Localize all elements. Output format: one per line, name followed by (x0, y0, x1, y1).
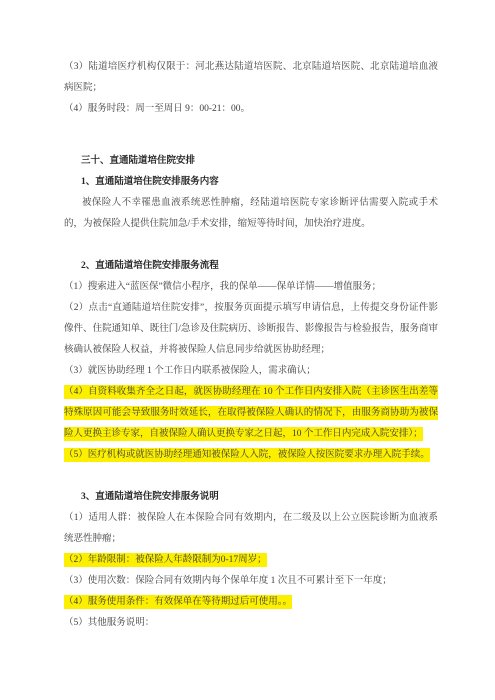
intro-paragraph-4: （4）服务时段：周一至周日 9：00-21：00。 (64, 99, 438, 120)
subsection-3-title: 3、直通陆道培住院安排服务说明 (64, 487, 438, 508)
subsection-1-paragraph-1-text: 被保险人不幸罹患血液系统恶性肿瘤，经陆道培医院专家诊断评估需要入院或手术的，为被… (64, 198, 438, 229)
subsection-2-paragraph-2-text: （2）点击“直通陆道培住院安排”，按服务页面提示填写申请信息，上传提交身份证件影… (64, 303, 438, 355)
intro-paragraph-4-text: （4）服务时段：周一至周日 9：00-21：00。 (64, 104, 250, 114)
subsection-2-paragraph-4: （4）自资料收集齐全之日起，就医协助经理在 10 个工作日内安排入院（主诊医生出… (64, 382, 438, 445)
subsection-2-paragraph-1-text: （1）搜索进入“蓝医保”微信小程序，我的保单——保单详情——增值服务； (64, 282, 381, 292)
subsection-3-paragraph-1: （1）适用人群：被保险人在本保险合同有效期内，在二级及以上公立医院诊断为血液系统… (64, 508, 438, 550)
subsection-3-paragraph-2: （2）年龄限制：被保险人年龄限制为0-17周岁； (64, 550, 438, 571)
subsection-2-paragraph-4-text: （4）自资料收集齐全之日起，就医协助经理在 10 个工作日内安排入院（主诊医生出… (64, 385, 438, 441)
subsection-2-title: 2、直通陆道培住院安排服务流程 (64, 256, 438, 277)
section-title: 三十、直通陆道培住院安排 (64, 151, 438, 172)
subsection-2-paragraph-3: （3）就医协助经理 1 个工作日内联系被保险人，需求确认； (64, 361, 438, 382)
document-page: （3）陆道培医疗机构仅限于：河北燕达陆道培医院、北京陆道培医院、北京陆道培血液病… (0, 0, 495, 700)
subsection-3-paragraph-2-text: （2）年龄限制：被保险人年龄限制为0-17周岁； (64, 553, 267, 567)
subsection-3-paragraph-4-text: （4）服务使用条件：有效保单在等待期过后可使用。。 (64, 595, 292, 609)
subsection-2-paragraph-3-text: （3）就医协助经理 1 个工作日内联系被保险人，需求确认； (64, 366, 316, 376)
subsection-2-paragraph-5: （5）医疗机构或就医协助经理通知被保险人入院，被保险人按医院要求办理入院手续。 (64, 445, 438, 466)
subsection-3-paragraph-4: （4）服务使用条件：有效保单在等待期过后可使用。。 (64, 592, 438, 613)
subsection-3-paragraph-3: （3）使用次数：保险合同有效期内每个保单年度 1 次且不可累计至下一年度； (64, 571, 438, 592)
subsection-1-title: 1、直通陆道培住院安排服务内容 (64, 172, 438, 193)
subsection-1-paragraph-1: 被保险人不幸罹患血液系统恶性肿瘤，经陆道培医院专家诊断评估需要入院或手术的，为被… (64, 193, 438, 235)
subsection-3-paragraph-5-text: （5）其他服务说明： (64, 618, 154, 628)
intro-paragraph-3: （3）陆道培医疗机构仅限于：河北燕达陆道培医院、北京陆道培医院、北京陆道培血液病… (64, 57, 438, 99)
subsection-2-paragraph-2: （2）点击“直通陆道培住院安排”，按服务页面提示填写申请信息，上传提交身份证件影… (64, 298, 438, 361)
subsection-3-paragraph-3-text: （3）使用次数：保险合同有效期内每个保单年度 1 次且不可累计至下一年度； (64, 576, 392, 586)
subsection-2-paragraph-5-text: （5）医疗机构或就医协助经理通知被保险人入院，被保险人按医院要求办理入院手续。 (64, 448, 430, 462)
subsection-2-paragraph-1: （1）搜索进入“蓝医保”微信小程序，我的保单——保单详情——增值服务； (64, 277, 438, 298)
subsection-3-paragraph-1-text: （1）适用人群：被保险人在本保险合同有效期内，在二级及以上公立医院诊断为血液系统… (64, 513, 438, 544)
intro-paragraph-3-text: （3）陆道培医疗机构仅限于：河北燕达陆道培医院、北京陆道培医院、北京陆道培血液病… (64, 62, 438, 93)
subsection-3-paragraph-5: （5）其他服务说明： (64, 613, 438, 634)
